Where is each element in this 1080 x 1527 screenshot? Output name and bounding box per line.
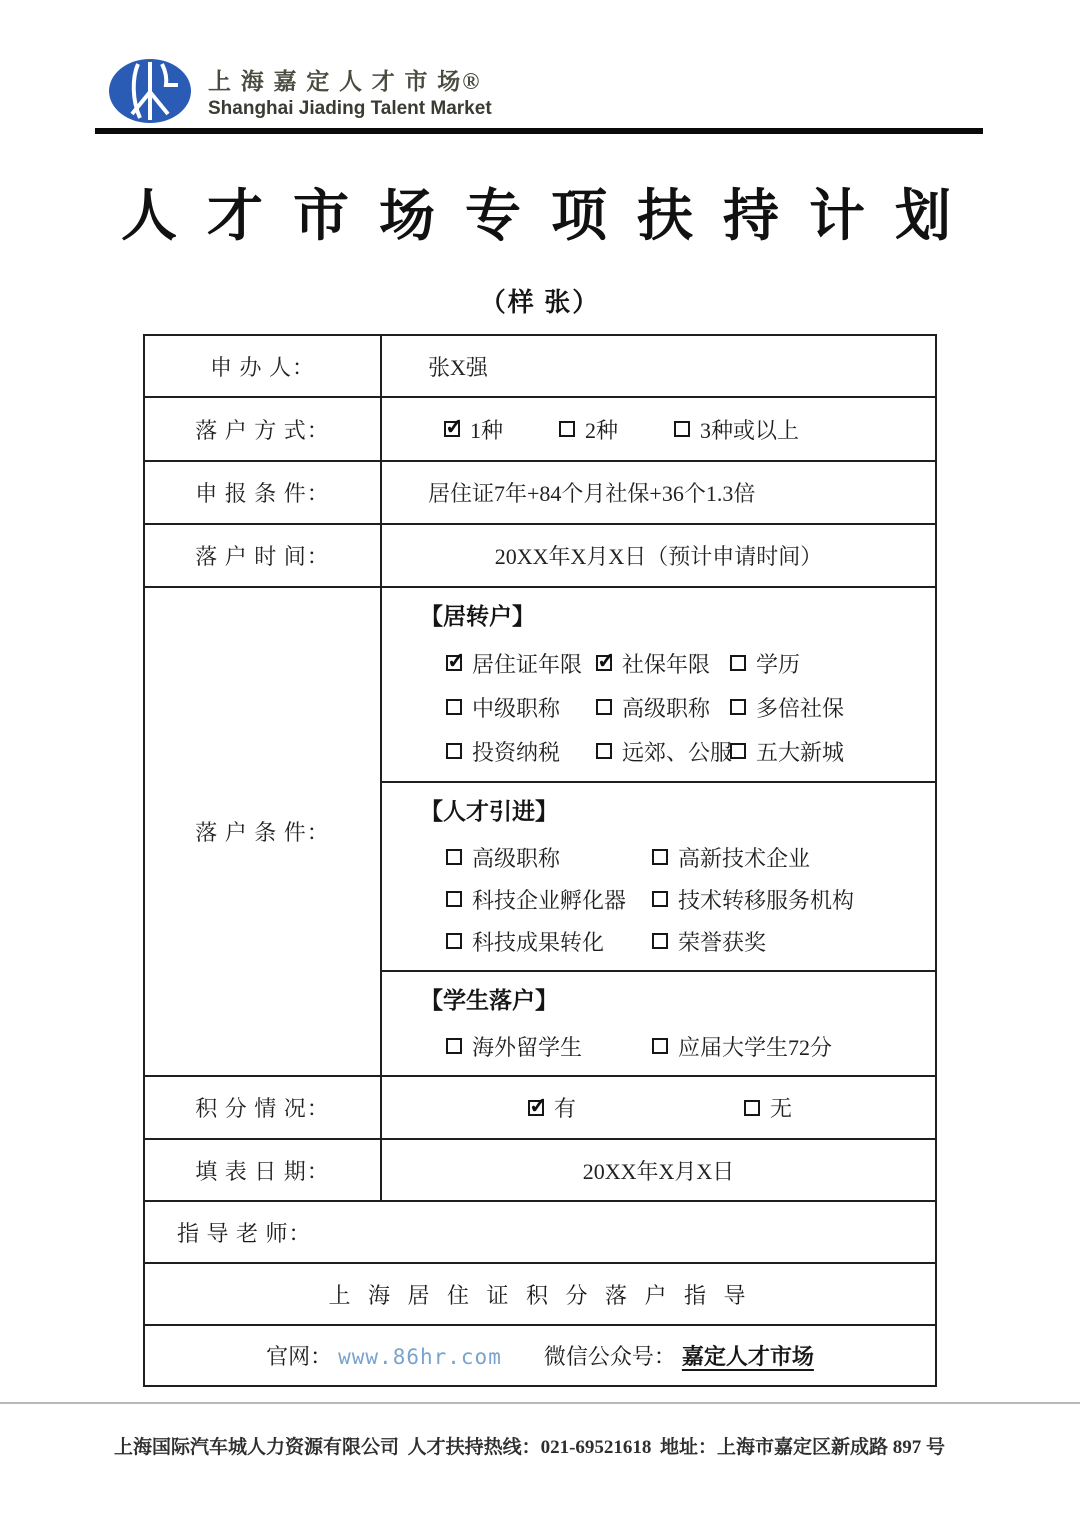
checked-checkbox-icon <box>444 421 460 437</box>
apply-condition-label: 申 报 条 件： <box>144 461 381 524</box>
checkbox-method-2-types[interactable]: 2种 <box>559 414 618 445</box>
checkbox-overseas-student[interactable]: 海外留学生 <box>446 1031 652 1062</box>
unchecked-checkbox-icon <box>446 849 462 865</box>
row-fill-date: 填 表 日 期： 20XX年X月X日 <box>144 1139 936 1201</box>
checkbox-multiple-social-security[interactable]: 多倍社保 <box>730 692 935 723</box>
checkbox-option-label: 高级职称 <box>622 692 710 723</box>
unchecked-checkbox-icon <box>596 743 612 759</box>
points-label: 积 分 情 况： <box>144 1076 381 1139</box>
wechat-label: 微信公众号： <box>544 1340 676 1371</box>
unchecked-checkbox-icon <box>674 421 690 437</box>
document-page: 上 海 嘉 定 人 才 市 场® Shanghai Jiading Talent… <box>0 0 1080 1527</box>
unchecked-checkbox-icon <box>652 849 668 865</box>
checkbox-five-new-cities[interactable]: 五大新城 <box>730 736 935 767</box>
unchecked-checkbox-icon <box>652 933 668 949</box>
checkbox-option-label: 学历 <box>756 648 800 679</box>
settle-time-label: 落 户 时 间： <box>144 524 381 587</box>
group-title-student: 【学生落户】 <box>420 982 935 1015</box>
document-subtitle: （样 张） <box>0 282 1080 319</box>
applicant-label: 申 办 人： <box>144 335 381 397</box>
checkbox-hightech-enterprise[interactable]: 高新技术企业 <box>652 842 935 873</box>
checkbox-option-label: 海外留学生 <box>472 1031 582 1062</box>
row-service-title: 上 海 居 住 证 积 分 落 户 指 导 <box>144 1263 936 1325</box>
checkbox-residence-permit-years[interactable]: 居住证年限 <box>446 648 596 679</box>
checkbox-option-label: 远郊、公服 <box>622 736 732 767</box>
wechat-account: 嘉定人才市场 <box>682 1340 814 1371</box>
brand-name-cn: 上 海 嘉 定 人 才 市 场® <box>208 63 492 96</box>
advisor-label: 指 导 老 师： <box>144 1201 936 1263</box>
checkbox-points-no[interactable]: 无 <box>744 1092 792 1123</box>
unchecked-checkbox-icon <box>744 1100 760 1116</box>
points-options: 有 无 <box>382 1092 935 1123</box>
checkbox-senior-professional-title[interactable]: 高级职称 <box>596 692 730 723</box>
apply-condition-value: 居住证7年+84个月社保+36个1.3倍 <box>381 461 936 524</box>
checkbox-option-label: 技术转移服务机构 <box>678 884 854 915</box>
checkbox-option-label: 荣誉获奖 <box>678 926 766 957</box>
checked-checkbox-icon <box>596 655 612 671</box>
row-settle-method: 落 户 方 式： 1种 2种 3种或以上 <box>144 397 936 461</box>
settle-conditions-label: 落 户 条 件： <box>144 587 381 1076</box>
checkbox-option-label: 1种 <box>470 414 503 445</box>
unchecked-checkbox-icon <box>652 891 668 907</box>
fill-date-value: 20XX年X月X日 <box>381 1139 936 1201</box>
row-applicant: 申 办 人： 张X强 <box>144 335 936 397</box>
row-conditions-juzhuanhu: 落 户 条 件： 【居转户】 居住证年限 社保年限 学历 中级职称 高级职称 多… <box>144 587 936 782</box>
checkbox-option-label: 高新技术企业 <box>678 842 810 873</box>
settle-time-value: 20XX年X月X日（预计申请时间） <box>381 524 936 587</box>
checkbox-option-label: 社保年限 <box>622 648 710 679</box>
checkbox-fresh-graduate-72[interactable]: 应届大学生72分 <box>652 1031 935 1062</box>
row-points: 积 分 情 况： 有 无 <box>144 1076 936 1139</box>
checkbox-option-label: 科技成果转化 <box>472 926 604 957</box>
checked-checkbox-icon <box>528 1100 544 1116</box>
settle-method-options: 1种 2种 3种或以上 <box>382 414 935 445</box>
footer-hotline: 人才扶持热线：021-69521618 <box>408 1432 652 1459</box>
checkbox-option-label: 中级职称 <box>472 692 560 723</box>
brand-block: 上 海 嘉 定 人 才 市 场® Shanghai Jiading Talent… <box>208 63 492 120</box>
checkbox-option-label: 2种 <box>585 414 618 445</box>
website-label: 官网： <box>266 1340 332 1371</box>
brand-name-en: Shanghai Jiading Talent Market <box>208 98 492 120</box>
applicant-value: 张X强 <box>381 335 936 397</box>
checkbox-points-yes[interactable]: 有 <box>528 1092 576 1123</box>
checkbox-tech-achievement-transform[interactable]: 科技成果转化 <box>446 926 652 957</box>
checkbox-option-label: 3种或以上 <box>700 414 799 445</box>
document-title: 人 才 市 场 专 项 扶 持 计 划 <box>0 172 1080 252</box>
checkbox-option-label: 五大新城 <box>756 736 844 767</box>
talent-import-options-row2: 科技企业孵化器 技术转移服务机构 <box>420 878 935 920</box>
juzhuanhu-options-row1: 居住证年限 社保年限 学历 <box>420 641 935 685</box>
row-advisor: 指 导 老 师： <box>144 1201 936 1263</box>
talent-import-options-row1: 高级职称 高新技术企业 <box>420 836 935 878</box>
unchecked-checkbox-icon <box>730 699 746 715</box>
juzhuanhu-options-row2: 中级职称 高级职称 多倍社保 <box>420 685 935 729</box>
row-contact: 官网： www.86hr.com 微信公众号： 嘉定人才市场 <box>144 1325 936 1386</box>
unchecked-checkbox-icon <box>730 743 746 759</box>
website-link[interactable]: www.86hr.com <box>338 1345 502 1369</box>
checked-checkbox-icon <box>446 655 462 671</box>
footer: 上海国际汽车城人力资源有限公司 人才扶持热线：021-69521618 地址：上… <box>0 1432 1080 1459</box>
unchecked-checkbox-icon <box>446 1038 462 1054</box>
juzhuanhu-options-row3: 投资纳税 远郊、公服 五大新城 <box>420 729 935 773</box>
unchecked-checkbox-icon <box>446 933 462 949</box>
checkbox-option-label: 高级职称 <box>472 842 560 873</box>
group-title-juzhuanhu: 【居转户】 <box>420 598 935 631</box>
unchecked-checkbox-icon <box>596 699 612 715</box>
unchecked-checkbox-icon <box>652 1038 668 1054</box>
checkbox-option-label: 应届大学生72分 <box>678 1031 832 1062</box>
service-title: 上 海 居 住 证 积 分 落 户 指 导 <box>144 1263 936 1325</box>
checkbox-option-label: 无 <box>770 1092 792 1123</box>
checkbox-option-label: 有 <box>554 1092 576 1123</box>
checkbox-social-security-years[interactable]: 社保年限 <box>596 648 730 679</box>
checkbox-option-label: 多倍社保 <box>756 692 844 723</box>
row-settle-time: 落 户 时 间： 20XX年X月X日（预计申请时间） <box>144 524 936 587</box>
checkbox-investment-tax[interactable]: 投资纳税 <box>446 736 596 767</box>
unchecked-checkbox-icon <box>446 743 462 759</box>
footer-company: 上海国际汽车城人力资源有限公司 <box>114 1432 399 1459</box>
checkbox-option-label: 科技企业孵化器 <box>472 884 626 915</box>
contact-line: 官网： www.86hr.com 微信公众号： 嘉定人才市场 <box>266 1340 814 1371</box>
checkbox-mid-professional-title[interactable]: 中级职称 <box>446 692 596 723</box>
group-title-talent-import: 【人才引进】 <box>420 793 935 826</box>
settle-method-label: 落 户 方 式： <box>144 397 381 461</box>
header-divider <box>95 128 983 134</box>
row-apply-condition: 申 报 条 件： 居住证7年+84个月社保+36个1.3倍 <box>144 461 936 524</box>
talent-import-options-row3: 科技成果转化 荣誉获奖 <box>420 920 935 962</box>
unchecked-checkbox-icon <box>446 699 462 715</box>
fill-date-label: 填 表 日 期： <box>144 1139 381 1201</box>
application-form-table: 申 办 人： 张X强 落 户 方 式： 1种 2种 3种或以上 申 报 条 件：… <box>143 334 937 1387</box>
unchecked-checkbox-icon <box>446 891 462 907</box>
checkbox-tech-transfer-agency[interactable]: 技术转移服务机构 <box>652 884 935 915</box>
unchecked-checkbox-icon <box>730 655 746 671</box>
jiading-talent-market-logo-icon <box>108 58 192 124</box>
checkbox-method-3plus-types[interactable]: 3种或以上 <box>674 414 799 445</box>
student-options-row1: 海外留学生 应届大学生72分 <box>420 1025 935 1067</box>
header: 上 海 嘉 定 人 才 市 场® Shanghai Jiading Talent… <box>108 58 978 124</box>
checkbox-option-label: 投资纳税 <box>472 736 560 767</box>
checkbox-suburb-public-service[interactable]: 远郊、公服 <box>596 736 730 767</box>
footer-divider <box>0 1402 1080 1404</box>
checkbox-option-label: 居住证年限 <box>472 648 582 679</box>
unchecked-checkbox-icon <box>559 421 575 437</box>
footer-address: 地址：上海市嘉定区新成路 897 号 <box>660 1432 945 1459</box>
checkbox-method-1-type[interactable]: 1种 <box>444 414 503 445</box>
checkbox-education[interactable]: 学历 <box>730 648 935 679</box>
checkbox-honor-award[interactable]: 荣誉获奖 <box>652 926 935 957</box>
checkbox-tech-incubator[interactable]: 科技企业孵化器 <box>446 884 652 915</box>
checkbox-senior-title-import[interactable]: 高级职称 <box>446 842 652 873</box>
